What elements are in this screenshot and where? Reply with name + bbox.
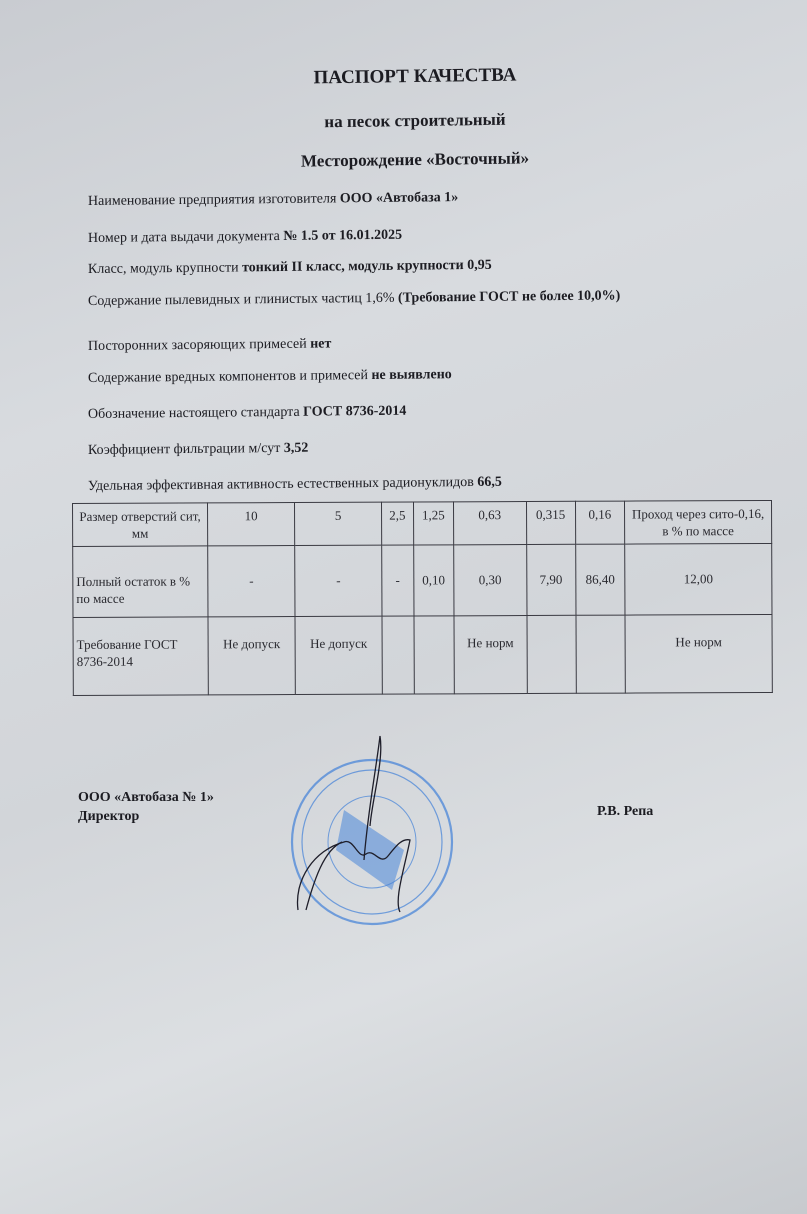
requirement-value (382, 616, 414, 694)
sieve-size: 0,63 (453, 502, 526, 545)
document-title: ПАСПОРТ КАЧЕСТВА (0, 60, 807, 94)
residue-value: - (382, 545, 414, 616)
residue-value: 0,10 (413, 545, 454, 616)
field-class-modulus: Класс, модуль крупности тонкий II класс,… (88, 258, 492, 278)
field-document-number: Номер и дата выдачи документа № 1.5 от 1… (88, 228, 402, 247)
field-filtration-coefficient: Коэффициент фильтрации м/сут 3,52 (88, 441, 309, 459)
requirement-value: Не норм (454, 616, 527, 694)
residue-value: 7,90 (526, 544, 576, 615)
field-manufacturer: Наименование предприятия изготовителя ОО… (88, 190, 458, 210)
pass-value: 12,00 (625, 543, 772, 615)
signatory-block: ООО «Автобаза № 1» Директор (78, 788, 214, 826)
residue-value: - (295, 545, 382, 616)
requirement-pass-value: Не норм (625, 614, 772, 693)
field-foreign-impurities: Посторонних засоряющих примесей нет (88, 336, 332, 355)
document-subtitle: на песок строительный (0, 105, 807, 137)
requirement-value: Не допуск (208, 617, 295, 695)
field-standard: Обозначение настоящего стандарта ГОСТ 87… (88, 404, 407, 423)
sieve-size: 0,315 (526, 501, 575, 544)
quality-passport-document: ПАСПОРТ КАЧЕСТВА на песок строительный М… (0, 0, 807, 1214)
stamp-and-signature-icon (284, 730, 464, 940)
signatory-position: Директор (78, 807, 214, 826)
organization-name: ООО «Автобаза № 1» (78, 788, 214, 807)
sieve-size: 10 (208, 503, 295, 546)
table-row: Полный остаток в % по массе - - - 0,10 0… (73, 543, 772, 617)
residue-label: Полный остаток в % по массе (73, 546, 208, 618)
sieve-size: 5 (295, 502, 382, 545)
deposit-name: Месторождение «Восточный» (0, 144, 807, 176)
sieve-size: 1,25 (413, 502, 454, 545)
table-row: Размер отверстий сит, мм 10 5 2,5 1,25 0… (73, 500, 772, 546)
requirement-value (526, 615, 576, 693)
signatory-name: Р.В. Репа (597, 804, 653, 820)
residue-value: 86,40 (575, 544, 625, 615)
requirement-value: Не допуск (295, 616, 382, 694)
pass-header: Проход через сито-0,16, в % по массе (624, 500, 771, 544)
header-label: Размер отверстий сит, мм (73, 503, 208, 547)
field-dust-clay-content: Содержание пылевидных и глинистых частиц… (88, 288, 620, 310)
requirement-value (414, 616, 455, 694)
table-row: Требование ГОСТ 8736-2014 Не допуск Не д… (73, 614, 772, 695)
requirement-label: Требование ГОСТ 8736-2014 (73, 617, 208, 696)
sieve-analysis-table: Размер отверстий сит, мм 10 5 2,5 1,25 0… (72, 500, 773, 696)
sieve-size: 2,5 (382, 502, 414, 545)
field-harmful-components: Содержание вредных компонентов и примесе… (88, 367, 452, 387)
field-radionuclide-activity: Удельная эффективная активность естестве… (88, 475, 502, 495)
residue-value: - (208, 546, 295, 617)
residue-value: 0,30 (454, 545, 527, 616)
sieve-size: 0,16 (575, 501, 624, 544)
requirement-value (576, 615, 626, 693)
